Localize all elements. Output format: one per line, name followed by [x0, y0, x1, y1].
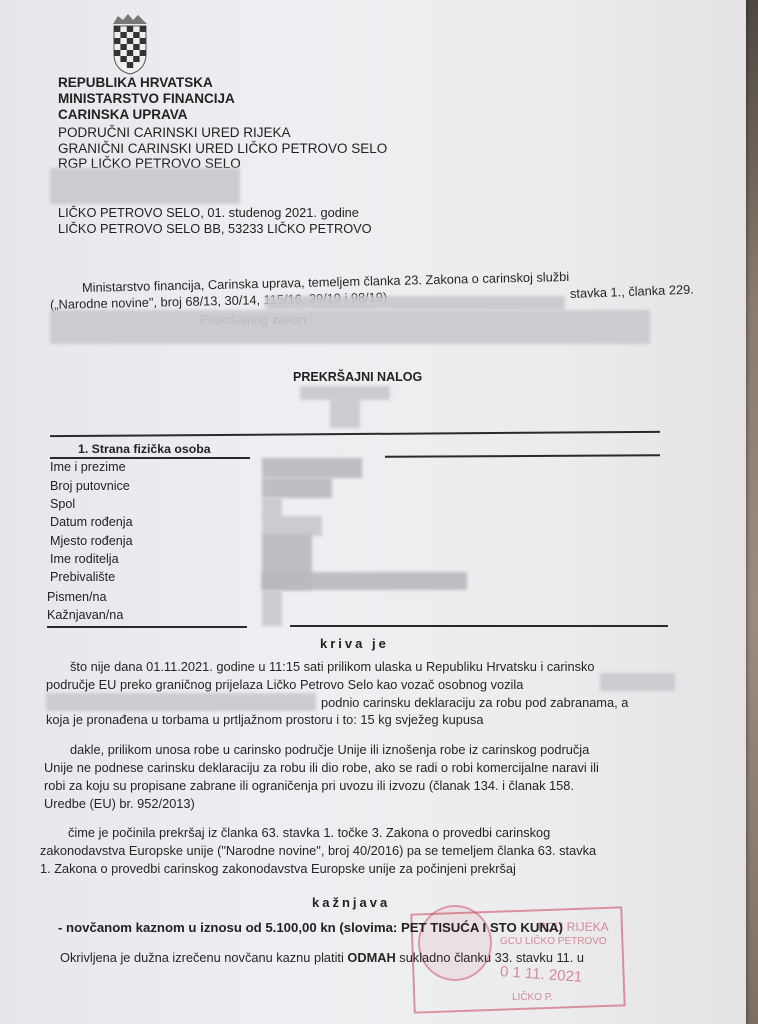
- section-heading: 1. Strana fizička osoba: [78, 442, 211, 456]
- office-address: LIČKO PETROVO SELO BB, 53233 LIČKO PETRO…: [58, 221, 372, 236]
- section-rule-bottom-left: [47, 626, 247, 628]
- paragraph1-line3: podnio carinsku deklaraciju za robu pod …: [321, 695, 628, 710]
- field-label-residence: Prebivalište: [50, 570, 115, 584]
- redacted-preamble-b: [50, 310, 650, 344]
- payment-text-start: Okrivljena je dužna izrečenu novčanu kaz…: [60, 950, 347, 965]
- penalty-amount-line: - novčanom kaznom u iznosu od 5.100,00 k…: [58, 920, 563, 935]
- redacted-passport-value: [262, 478, 332, 498]
- field-label-parent-name: Ime roditelja: [50, 552, 119, 566]
- paragraph3-line1: čime je počinila prekršaj iz članka 63. …: [68, 825, 550, 840]
- stamp-bottom: LIČKO P.: [512, 992, 553, 1003]
- paragraph2-line4: Uredbe (EU) br. 952/2013): [44, 796, 195, 811]
- paragraph2-line3: robi za koju su propisane zabrane ili og…: [44, 778, 574, 793]
- section-rule-mid-right: [385, 454, 660, 457]
- redacted-preamble-a: [265, 296, 565, 310]
- field-label-sex: Spol: [50, 497, 75, 511]
- stamp-line-2: GCU LIČKO PETROVO: [500, 936, 607, 947]
- paragraph3-line3: 1. Zakona o provedbi carinskog zakonodav…: [40, 861, 516, 876]
- redacted-name-value: [262, 458, 362, 478]
- field-label-birth-date: Datum rođenja: [50, 515, 133, 529]
- redacted-sex-value: [262, 498, 282, 518]
- redacted-vehicle-b: [46, 693, 316, 711]
- payment-text-end: sukladno članku 33. stavku 11. u: [396, 950, 584, 965]
- payment-instruction: Okrivljena je dužna izrečenu novčanu kaz…: [60, 950, 584, 965]
- document-page: REPUBLIKA HRVATSKA MINISTARSTVO FINANCIJ…: [0, 0, 746, 1024]
- section-rule-mid-left: [50, 457, 250, 459]
- field-label-passport: Broj putovnice: [50, 479, 130, 493]
- redacted-vehicle: [600, 673, 675, 691]
- redacted-residence-value: [262, 572, 467, 590]
- verdict-heading: kriva je: [320, 636, 389, 651]
- redacted-case-number-b: [330, 398, 360, 428]
- paragraph3-line2: zakonodavstva Europske unije ("Narodne n…: [40, 843, 596, 858]
- place-date: LIČKO PETROVO SELO, 01. studenog 2021. g…: [58, 205, 359, 220]
- field-label-birth-place: Mjesto rođenja: [50, 534, 133, 548]
- payment-deadline: ODMAH: [347, 950, 395, 965]
- penalty-heading: kažnjava: [312, 895, 390, 910]
- coat-of-arms-icon: [110, 12, 150, 76]
- field-label-name: Ime i prezime: [50, 460, 126, 474]
- office-border: GRANIČNI CARINSKI URED LIČKO PETROVO SEL…: [58, 141, 387, 156]
- redacted-literacy-value: [262, 590, 282, 626]
- office-regional: PODRUČNI CARINSKI URED RIJEKA: [58, 125, 291, 140]
- paragraph1-line2: područje EU preko graničnog prijelaza Li…: [46, 677, 523, 692]
- field-label-previously-punished: Kažnjavan/na: [47, 608, 123, 622]
- institution-name: REPUBLIKA HRVATSKA: [58, 75, 213, 90]
- redacted-reference: [50, 168, 240, 204]
- preamble-line-2-end: stavka 1., članka 229.: [570, 282, 694, 301]
- paragraph1-line4: koja je pronađena u torbama u prtljažnom…: [46, 712, 483, 727]
- paragraph2-line2: Unije ne podnese carinsku deklaraciju za…: [44, 760, 599, 775]
- administration-name: CARINSKA UPRAVA: [58, 107, 188, 122]
- redacted-birthdate-value: [262, 516, 322, 536]
- document-title: PREKRŠAJNI NALOG: [293, 370, 422, 384]
- paragraph1-line1: što nije dana 01.11.2021. godine u 11:15…: [70, 659, 595, 674]
- paragraph2-line1: dakle, prilikom unosa robe u carinsko po…: [70, 742, 589, 757]
- ministry-name: MINISTARSTVO FINANCIJA: [58, 91, 235, 106]
- field-label-literate: Pismen/na: [47, 590, 107, 604]
- section-rule-bottom-right: [290, 625, 668, 627]
- section-rule-top: [50, 431, 660, 437]
